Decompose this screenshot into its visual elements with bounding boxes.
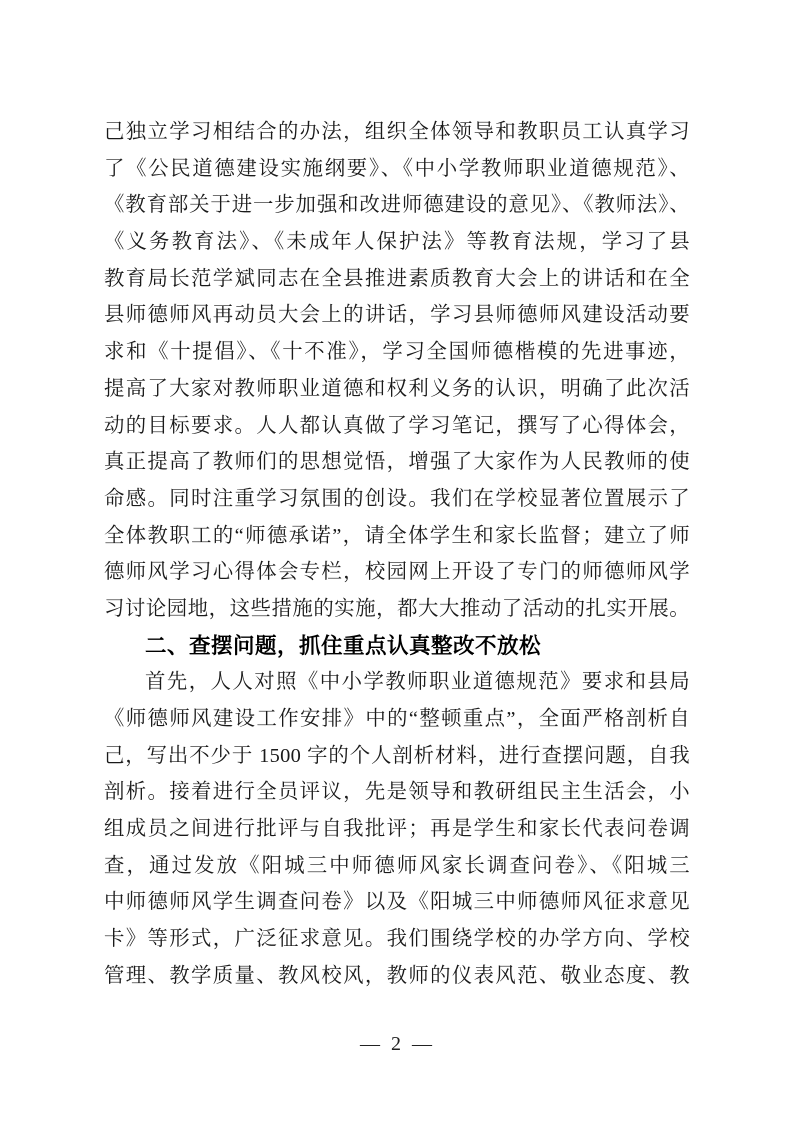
- document-body: 己独立学习相结合的办法，组织全体领导和教职员工认真学习 了《公民道德建设实施纲要…: [104, 114, 690, 995]
- body-line: 中师德师风学生调查问卷》以及《阳城三中师德师风征求意见: [104, 884, 690, 921]
- body-line: 己，写出不少于 1500 字的个人剖析材料，进行查摆问题，自我: [104, 738, 690, 775]
- body-line: 组成员之间进行批评与自我批评；再是学生和家长代表问卷调: [104, 811, 690, 848]
- body-line: 管理、教学质量、教风校风，教师的仪表风范、敬业态度、教: [104, 958, 690, 995]
- body-line: 己独立学习相结合的办法，组织全体领导和教职员工认真学习: [104, 114, 690, 151]
- body-line: 《师德师风建设工作安排》中的“整顿重点”，全面严格剖析自: [104, 701, 690, 738]
- body-line: 命感。同时注重学习氛围的创设。我们在学校显著位置展示了: [104, 481, 690, 518]
- document-page: 己独立学习相结合的办法，组织全体领导和教职员工认真学习 了《公民道德建设实施纲要…: [0, 0, 793, 1122]
- body-line: 县师德师风再动员大会上的讲话，学习县师德师风建设活动要: [104, 297, 690, 334]
- body-line: 剖析。接着进行全员评议，先是领导和教研组民主生活会，小: [104, 774, 690, 811]
- body-line: 卡》等形式，广泛征求意见。我们围绕学校的办学方向、学校: [104, 921, 690, 958]
- body-line: 《教育部关于进一步加强和改进师德建设的意见》、《教师法》、: [104, 187, 690, 224]
- body-line: 首先，人人对照《中小学教师职业道德规范》要求和县局: [104, 664, 690, 701]
- body-line: 《义务教育法》、《未成年人保护法》等教育法规，学习了县: [104, 224, 690, 261]
- body-line: 真正提高了教师们的思想觉悟，增强了大家作为人民教师的使: [104, 444, 690, 481]
- body-line: 求和《十提倡》、《十不准》，学习全国师德楷模的先进事迹，: [104, 334, 690, 371]
- body-line: 查，通过发放《阳城三中师德师风家长调查问卷》、《阳城三: [104, 848, 690, 885]
- body-line: 全体教职工的“师德承诺”，请全体学生和家长监督；建立了师: [104, 518, 690, 555]
- section-heading: 二、查摆问题，抓住重点认真整改不放松: [104, 628, 690, 665]
- body-line: 提高了大家对教师职业道德和权利义务的认识，明确了此次活: [104, 371, 690, 408]
- body-line: 了《公民道德建设实施纲要》、《中小学教师职业道德规范》、: [104, 151, 690, 188]
- body-line: 教育局长范学斌同志在全县推进素质教育大会上的讲话和在全: [104, 261, 690, 298]
- body-line: 动的目标要求。人人都认真做了学习笔记，撰写了心得体会，: [104, 408, 690, 445]
- body-line: 德师风学习心得体会专栏，校园网上开设了专门的师德师风学: [104, 554, 690, 591]
- page-number: — 2 —: [0, 1033, 793, 1056]
- body-line: 习讨论园地，这些措施的实施，都大大推动了活动的扎实开展。: [104, 591, 690, 628]
